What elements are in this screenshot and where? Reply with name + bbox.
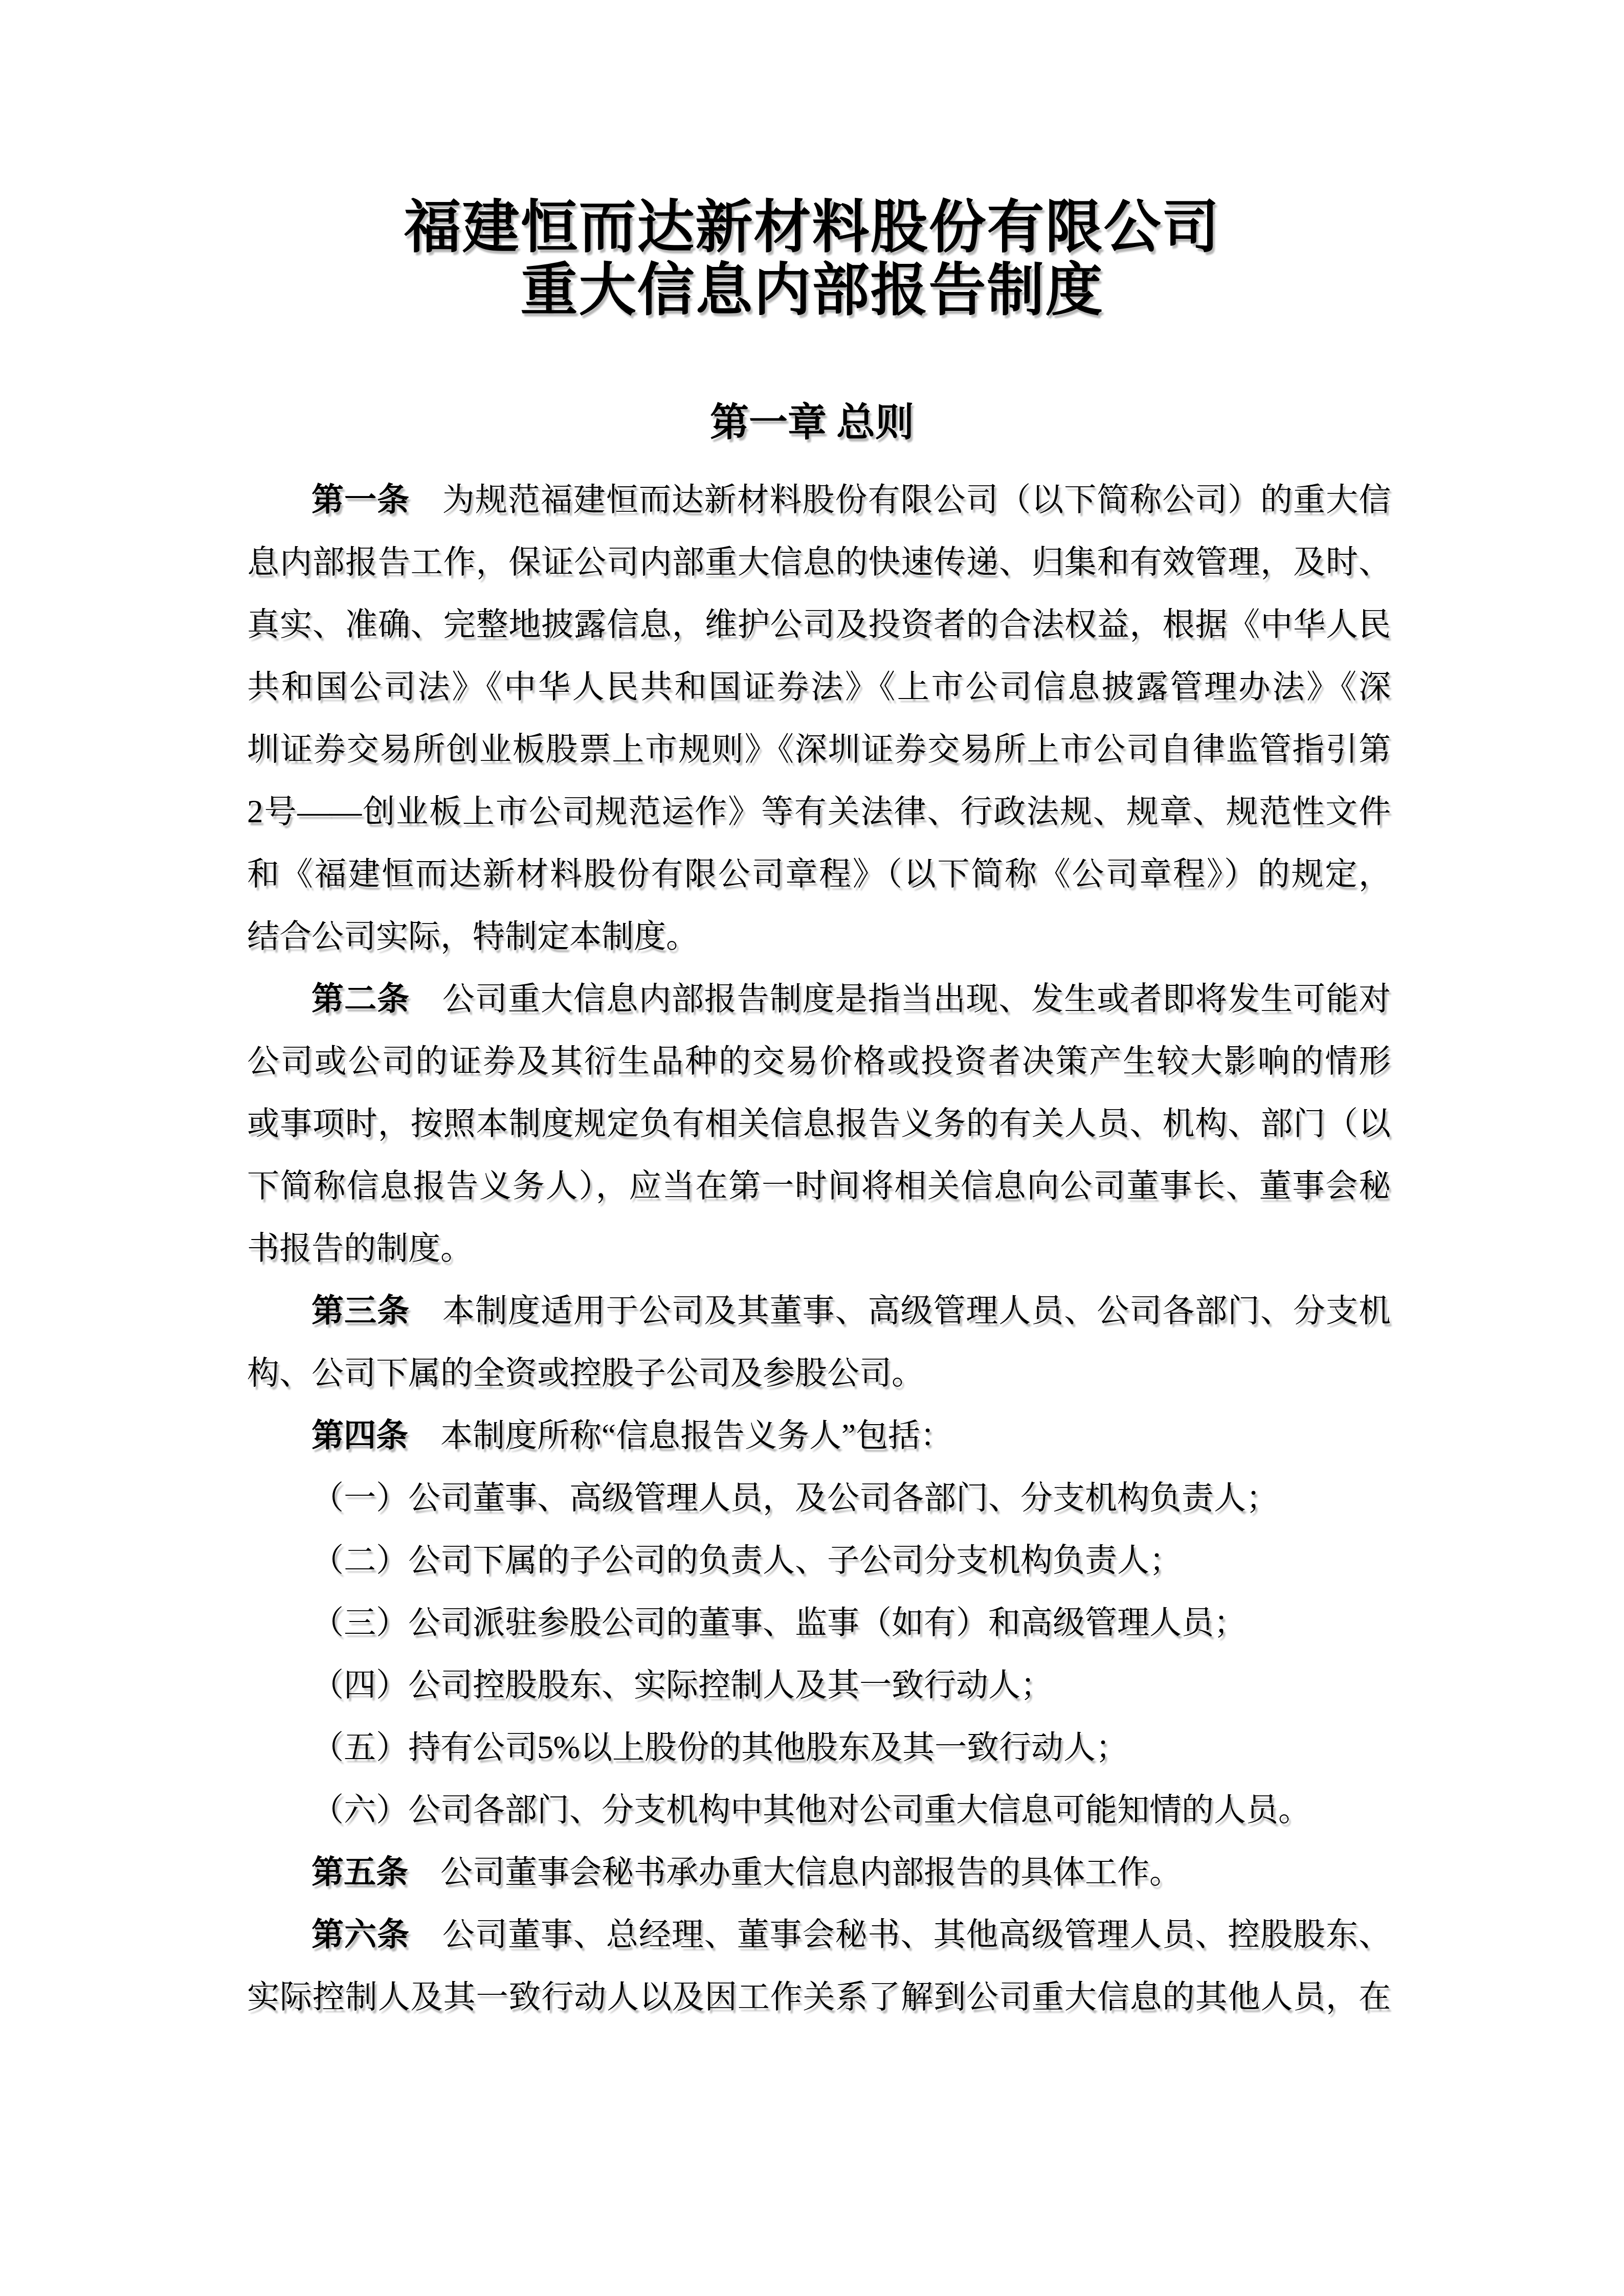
line-text: （三）公司派驻参股公司的董事、监事（如有）和高级管理人员； [312,1605,1246,1640]
line-text: 公司或公司的证券及其衍生品种的交易价格或投资者决策产生较大影响的情形 [247,1043,1391,1079]
document-title-line: 重大信息内部报告制度 [0,260,1624,323]
text-line: 圳证券交易所创业板股票上市规则》《深圳证券交易所上市公司自律监管指引第 [247,718,1391,780]
line-text: 圳证券交易所创业板股票上市规则》《深圳证券交易所上市公司自律监管指引第 [247,731,1391,767]
text-line: 结合公司实际，特制定本制度。 [247,905,1391,967]
text-line: （五）持有公司5%以上股份的其他股东及其一致行动人； [247,1716,1391,1779]
text-line: （三）公司派驻参股公司的董事、监事（如有）和高级管理人员； [247,1591,1391,1654]
text-line: 和《福建恒而达新材料股份有限公司章程》（以下简称《公司章程》）的规定， [247,843,1391,905]
text-line: 息内部报告工作，保证公司内部重大信息的快速传递、归集和有效管理，及时、 [247,531,1391,593]
line-text: （二）公司下属的子公司的负责人、子公司分支机构负责人； [312,1542,1182,1578]
text-line: 第六条 公司董事、总经理、董事会秘书、其他高级管理人员、控股股东、 [247,1903,1391,1966]
line-text: 书报告的制度。 [247,1230,473,1266]
line-text: （一）公司董事、高级管理人员，及公司各部门、分支机构负责人； [312,1480,1278,1516]
document-body: 第一条 为规范福建恒而达新材料股份有限公司（以下简称公司）的重大信息内部报告工作… [247,468,1391,2028]
line-text: 实际控制人及其一致行动人以及因工作关系了解到公司重大信息的其他人员，在 [247,1979,1391,2015]
line-text: 结合公司实际，特制定本制度。 [247,918,698,954]
article-label: 第二条 [312,981,410,1017]
line-text: 公司重大信息内部报告制度是指当出现、发生或者即将发生可能对 [410,981,1391,1017]
line-text: 构、公司下属的全资或控股子公司及参股公司。 [247,1355,924,1391]
line-text: 公司董事会秘书承办重大信息内部报告的具体工作。 [408,1854,1182,1890]
text-line: 公司或公司的证券及其衍生品种的交易价格或投资者决策产生较大影响的情形 [247,1030,1391,1092]
document-title-line: 福建恒而达新材料股份有限公司 [0,197,1624,260]
text-line: 第二条 公司重大信息内部报告制度是指当出现、发生或者即将发生可能对 [247,967,1391,1030]
text-line: 第五条 公司董事会秘书承办重大信息内部报告的具体工作。 [247,1841,1391,1903]
text-line: 下简称信息报告义务人），应当在第一时间将相关信息向公司董事长、董事会秘 [247,1155,1391,1217]
line-text: 本制度所称“信息报告义务人”包括： [408,1417,952,1453]
line-text: 共和国公司法》《中华人民共和国证券法》《上市公司信息披露管理办法》《深 [247,669,1391,705]
article-label: 第六条 [312,1917,410,1952]
document-title: 福建恒而达新材料股份有限公司重大信息内部报告制度 [0,197,1624,323]
line-text: （四）公司控股股东、实际控制人及其一致行动人； [312,1667,1053,1703]
line-text: （五）持有公司5%以上股份的其他股东及其一致行动人； [312,1729,1128,1765]
text-line: （一）公司董事、高级管理人员，及公司各部门、分支机构负责人； [247,1467,1391,1529]
article-label: 第一条 [312,482,410,517]
line-text: （六）公司各部门、分支机构中其他对公司重大信息可能知情的人员。 [312,1792,1310,1828]
text-line: 真实、准确、完整地披露信息，维护公司及投资者的合法权益，根据《中华人民 [247,593,1391,656]
line-text: 息内部报告工作，保证公司内部重大信息的快速传递、归集和有效管理，及时、 [247,544,1391,580]
line-text: 2号——创业板上市公司规范运作》等有关法律、行政法规、规章、规范性文件 [247,794,1391,829]
article-label: 第五条 [312,1854,408,1890]
text-line: 第一条 为规范福建恒而达新材料股份有限公司（以下简称公司）的重大信 [247,468,1391,531]
text-line: 或事项时，按照本制度规定负有相关信息报告义务的有关人员、机构、部门（以 [247,1092,1391,1155]
text-line: 构、公司下属的全资或控股子公司及参股公司。 [247,1342,1391,1404]
line-text: 或事项时，按照本制度规定负有相关信息报告义务的有关人员、机构、部门（以 [247,1106,1391,1141]
line-text: 和《福建恒而达新材料股份有限公司章程》（以下简称《公司章程》）的规定， [247,856,1391,892]
text-line: 实际控制人及其一致行动人以及因工作关系了解到公司重大信息的其他人员，在 [247,1966,1391,2028]
text-line: （六）公司各部门、分支机构中其他对公司重大信息可能知情的人员。 [247,1779,1391,1841]
document-page: 福建恒而达新材料股份有限公司重大信息内部报告制度 第一章 总则 第一条 为规范福… [0,0,1624,2296]
line-text: 公司董事、总经理、董事会秘书、其他高级管理人员、控股股东、 [410,1917,1391,1952]
text-line: （四）公司控股股东、实际控制人及其一致行动人； [247,1654,1391,1716]
text-line: 第三条 本制度适用于公司及其董事、高级管理人员、公司各部门、分支机 [247,1279,1391,1342]
line-text: 为规范福建恒而达新材料股份有限公司（以下简称公司）的重大信 [410,482,1391,517]
text-line: 第四条 本制度所称“信息报告义务人”包括： [247,1404,1391,1467]
text-line: 共和国公司法》《中华人民共和国证券法》《上市公司信息披露管理办法》《深 [247,656,1391,718]
text-line: 书报告的制度。 [247,1217,1391,1279]
line-text: 下简称信息报告义务人），应当在第一时间将相关信息向公司董事长、董事会秘 [247,1168,1391,1204]
line-text: 真实、准确、完整地披露信息，维护公司及投资者的合法权益，根据《中华人民 [247,606,1391,642]
text-line: （二）公司下属的子公司的负责人、子公司分支机构负责人； [247,1529,1391,1591]
article-label: 第三条 [312,1293,410,1329]
text-line: 2号——创业板上市公司规范运作》等有关法律、行政法规、规章、规范性文件 [247,780,1391,843]
article-label: 第四条 [312,1417,408,1453]
line-text: 本制度适用于公司及其董事、高级管理人员、公司各部门、分支机 [410,1293,1391,1329]
chapter-heading: 第一章 总则 [0,392,1624,455]
